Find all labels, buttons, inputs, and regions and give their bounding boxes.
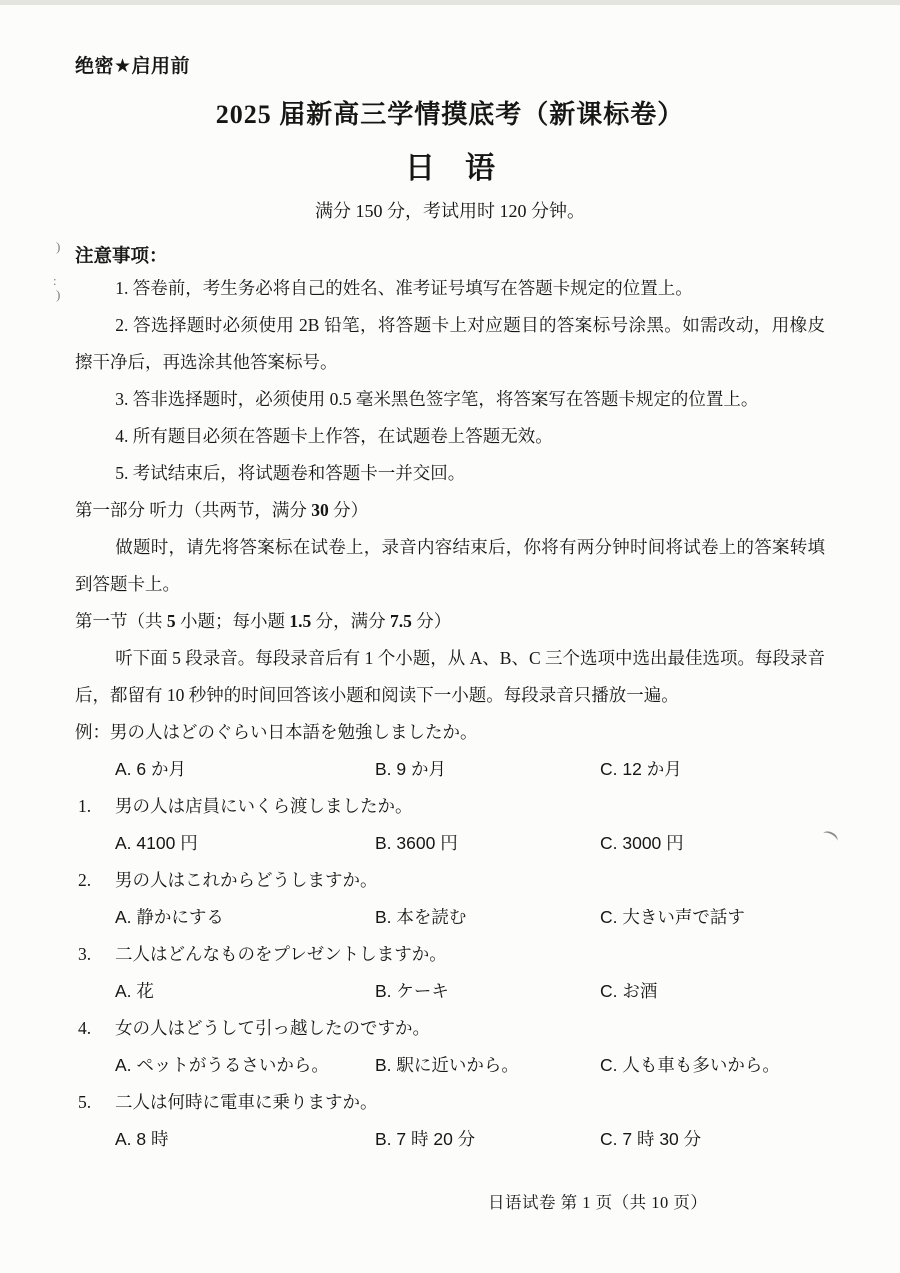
question-4-option-c: C. 人も車も多いから。 [600, 1047, 825, 1084]
part1-header: 第一部分 听力（共两节，满分 30 分） [75, 492, 825, 529]
notices-header: 注意事项： [75, 242, 825, 270]
page-content: 绝密★启用前 2025 届新高三学情摸底考（新课标卷） 日 语 满分 150 分… [0, 0, 900, 1158]
question-4-options-row: A. ペットがうるさいから。 B. 駅に近いから。 C. 人も車も多いから。 [75, 1047, 825, 1084]
question-5-text: 二人は何時に電車に乗りますか。 [115, 1084, 825, 1121]
question-2-option-b: B. 本を読む [375, 899, 600, 936]
part1-header-text: 分） [329, 500, 368, 520]
section1-header-text: 分） [412, 611, 451, 631]
question-5-option-a: A. 8 時 [115, 1121, 375, 1158]
example-option-c: C. 12 か月 [600, 751, 825, 788]
question-1: 1. 男の人は店員にいくら渡しましたか。 [75, 788, 825, 825]
notice-item-5: 5. 考试结束后，将试题卷和答题卡一并交回。 [75, 455, 825, 492]
subject-title: 日 语 [75, 150, 825, 188]
question-1-text: 男の人は店員にいくら渡しましたか。 [115, 788, 825, 825]
question-4-number: 4. [75, 1010, 115, 1047]
body-flow: 1. 答卷前，考生务必将自己的姓名、准考证号填写在答题卡规定的位置上。 2. 答… [75, 270, 825, 1158]
question-5-option-c: C. 7 時 30 分 [600, 1121, 825, 1158]
section1-intro: 听下面 5 段录音。每段录音后有 1 个小题，从 A、B、C 三个选项中选出最佳… [75, 640, 825, 714]
question-4-option-b: B. 駅に近いから。 [375, 1047, 600, 1084]
notice-item-2: 2. 答选择题时必须使用 2B 铅笔，将答题卡上对应题目的答案标号涂黑。如需改动… [75, 307, 825, 381]
scan-artifact-mark: ) [56, 288, 60, 301]
question-1-option-b: B. 3600 円 [375, 825, 600, 862]
part1-header-number: 30 [311, 500, 329, 520]
question-1-option-c: C. 3000 円 [600, 825, 825, 862]
question-4: 4. 女の人はどうして引っ越したのですか。 [75, 1010, 825, 1047]
example-options-row: A. 6 か月 B. 9 か月 C. 12 か月 [75, 751, 825, 788]
question-5-option-b: B. 7 時 20 分 [375, 1121, 600, 1158]
question-3-option-c: C. お酒 [600, 973, 825, 1010]
question-3-text: 二人はどんなものをプレゼントしますか。 [115, 936, 825, 973]
section1-header-number: 5 [167, 611, 176, 631]
example-option-b: B. 9 か月 [375, 751, 600, 788]
question-4-text: 女の人はどうして引っ越したのですか。 [115, 1010, 825, 1047]
question-5-number: 5. [75, 1084, 115, 1121]
section1-header-text: 分，满分 [311, 611, 390, 631]
question-2-option-a: A. 静かにする [115, 899, 375, 936]
section1-header-text: 小题；每小题 [176, 611, 290, 631]
scan-artifact-mark: : [53, 274, 57, 287]
section1-header-number: 7.5 [390, 611, 412, 631]
notice-item-1: 1. 答卷前，考生务必将自己的姓名、准考证号填写在答题卡规定的位置上。 [75, 270, 825, 307]
question-2-text: 男の人はこれからどうしますか。 [115, 862, 825, 899]
question-1-number: 1. [75, 788, 115, 825]
example-question: 例：男の人はどのぐらい日本語を勉強しましたか。 [75, 714, 825, 751]
question-1-options-row: A. 4100 円 B. 3600 円 C. 3000 円 [75, 825, 825, 862]
part1-intro: 做题时，请先将答案标在试卷上，录音内容结束后，你将有两分钟时间将试卷上的答案转填… [75, 529, 825, 603]
scan-edge-band [0, 0, 900, 5]
question-3-option-a: A. 花 [115, 973, 375, 1010]
question-3-option-b: B. ケーキ [375, 973, 600, 1010]
question-3-number: 3. [75, 936, 115, 973]
part1-header-text: 第一部分 听力（共两节，满分 [75, 500, 311, 520]
question-2-number: 2. [75, 862, 115, 899]
score-duration-line: 满分 150 分，考试用时 120 分钟。 [75, 198, 825, 224]
security-classification: 绝密★启用前 [75, 56, 825, 78]
section1-header-number: 1.5 [289, 611, 311, 631]
question-5: 5. 二人は何時に電車に乗りますか。 [75, 1084, 825, 1121]
notice-item-3: 3. 答非选择题时，必须使用 0.5 毫米黑色签字笔，将答案写在答题卡规定的位置… [75, 381, 825, 418]
scan-artifact-mark: ) [56, 240, 60, 253]
question-3: 3. 二人はどんなものをプレゼントしますか。 [75, 936, 825, 973]
question-1-option-a: A. 4100 円 [115, 825, 375, 862]
notice-item-4: 4. 所有题目必须在答题卡上作答，在试题卷上答题无效。 [75, 418, 825, 455]
question-5-options-row: A. 8 時 B. 7 時 20 分 C. 7 時 30 分 [75, 1121, 825, 1158]
exam-title: 2025 届新高三学情摸底考（新课标卷） [75, 98, 825, 132]
question-4-option-a: A. ペットがうるさいから。 [115, 1047, 375, 1084]
section1-header: 第一节（共 5 小题；每小题 1.5 分，满分 7.5 分） [75, 603, 825, 640]
section1-header-text: 第一节（共 [75, 611, 167, 631]
exam-paper-page: ) : ) 绝密★启用前 2025 届新高三学情摸底考（新课标卷） 日 语 满分… [0, 0, 900, 1273]
question-3-options-row: A. 花 B. ケーキ C. お酒 [75, 973, 825, 1010]
question-2: 2. 男の人はこれからどうしますか。 [75, 862, 825, 899]
question-2-option-c: C. 大きい声で話す [600, 899, 825, 936]
question-2-options-row: A. 静かにする B. 本を読む C. 大きい声で話す [75, 899, 825, 936]
page-footer: 日语试卷 第 1 页（共 10 页） [488, 1190, 707, 1216]
example-option-a: A. 6 か月 [115, 751, 375, 788]
